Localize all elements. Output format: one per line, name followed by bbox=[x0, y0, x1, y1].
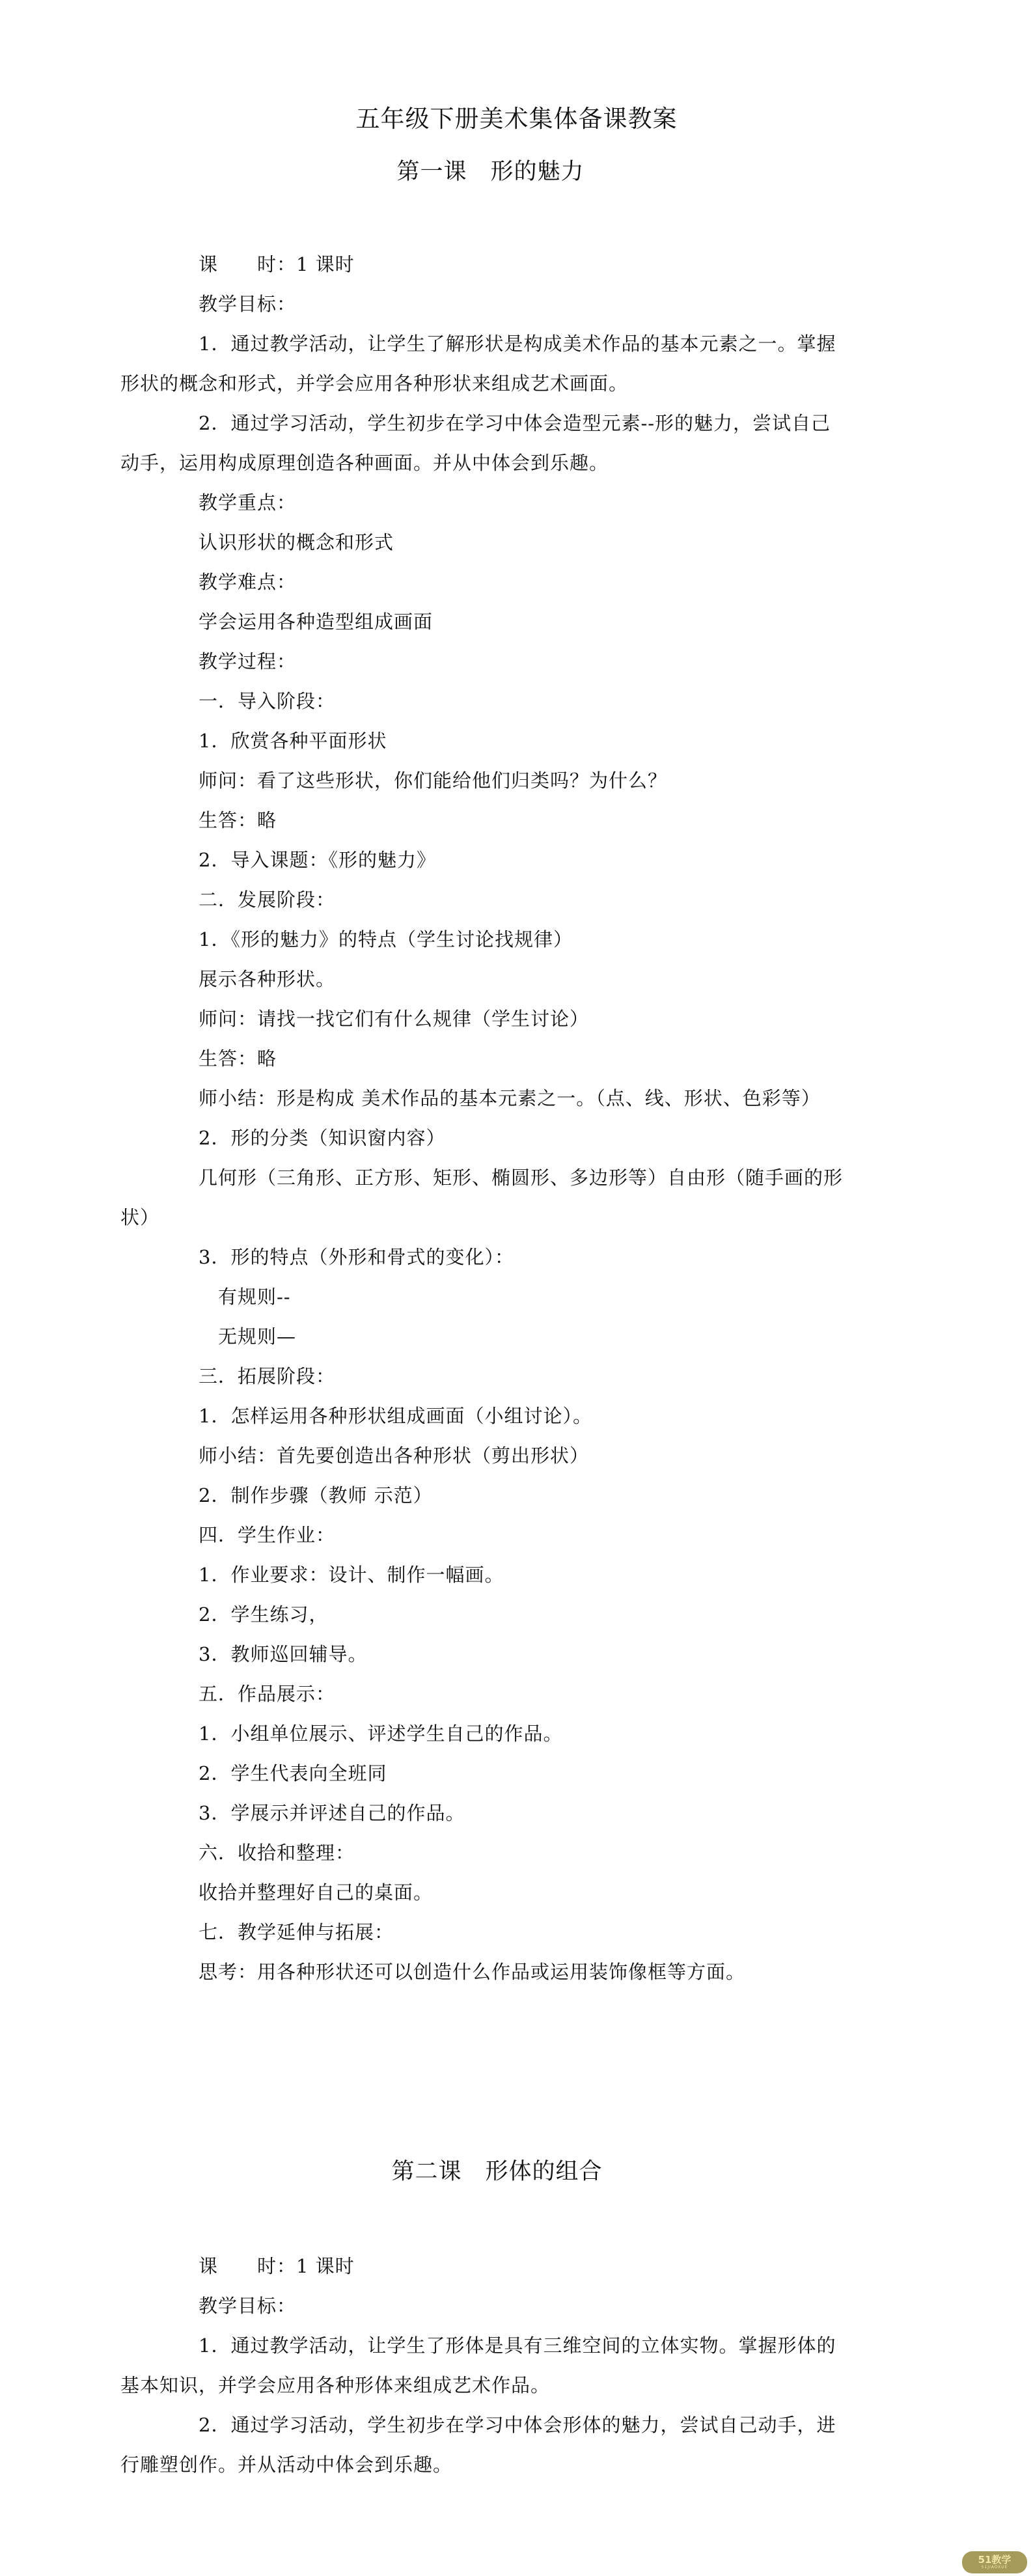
lesson1-line: 1．怎样运用各种形状组成画面（小组讨论）。 bbox=[199, 1404, 592, 1428]
lesson2-objective-1-cont: 基本知识，并学会应用各种形体来组成艺术作品。 bbox=[120, 2374, 550, 2397]
lesson1-class-hours: 课 时：1 课时 bbox=[199, 253, 355, 276]
lesson1-line: 2．学生练习， bbox=[199, 1603, 328, 1626]
lesson2-objective-2: 2．通过学习活动，学生初步在学习中体会形体的魅力，尝试自己动手，进 bbox=[199, 2413, 836, 2437]
lesson1-line: 1．欣赏各种平面形状 bbox=[199, 729, 387, 753]
lesson1-line: 1．《形的魅力》的特点（学生讨论找规律） bbox=[199, 928, 573, 951]
lesson1-line: 师小结：形是构成 美术作品的基本元素之一。（点、线、形状、色彩等） bbox=[199, 1087, 821, 1110]
lesson1-stage-6: 六．收拾和整理： bbox=[199, 1841, 355, 1864]
lesson1-line: 收拾并整理好自己的桌面。 bbox=[199, 1881, 433, 1904]
document-title: 五年级下册美术集体备课教案 bbox=[0, 99, 1033, 134]
lesson1-stage-7: 七．教学延伸与拓展： bbox=[199, 1920, 394, 1944]
lesson1-difficulties-label: 教学难点： bbox=[199, 570, 296, 594]
lesson1-objective-1-cont: 形状的概念和形式，并学会应用各种形状来组成艺术画面。 bbox=[120, 372, 628, 395]
lesson2-objective-2-cont: 行雕塑创作。并从活动中体会到乐趣。 bbox=[120, 2453, 452, 2476]
lesson1-heading: 第一课 形的魅力 bbox=[0, 154, 1007, 186]
watermark-sub-text: 51JIAOXUE bbox=[982, 2565, 1008, 2570]
lesson1-line: 无规则— bbox=[218, 1325, 296, 1348]
lesson2-class-hours: 课 时：1 课时 bbox=[199, 2254, 355, 2278]
lesson1-stage-5: 五．作品展示： bbox=[199, 1682, 335, 1706]
watermark-logo-text: 51教学 bbox=[978, 2555, 1012, 2565]
lesson1-line: 生答：略 bbox=[199, 809, 277, 832]
lesson1-line: 几何形（三角形、正方形、矩形、椭圆形、多边形等）自由形（随手画的形 bbox=[199, 1166, 843, 1189]
lesson1-line: 思考：用各种形状还可以创造什么作品或运用装饰像框等方面。 bbox=[199, 1960, 745, 1984]
lesson1-line: 1．小组单位展示、评述学生自己的作品。 bbox=[199, 1722, 562, 1745]
lesson1-line: 3．形的特点（外形和骨式的变化）： bbox=[199, 1245, 514, 1269]
lesson1-line: 师小结：首先要创造出各种形状（剪出形状） bbox=[199, 1444, 589, 1467]
lesson1-line: 1．作业要求：设计、制作一幅画。 bbox=[199, 1563, 504, 1586]
lesson1-line: 师问：看了这些形状，你们能给他们归类吗？为什么？ bbox=[199, 769, 667, 792]
lesson1-objective-1: 1．通过教学活动，让学生了解形状是构成美术作品的基本元素之一。掌握 bbox=[199, 332, 836, 355]
lesson1-stage-3: 三．拓展阶段： bbox=[199, 1364, 335, 1388]
lesson1-objective-2: 2．通过学习活动，学生初步在学习中体会造型元素--形的魅力，尝试自己 bbox=[199, 411, 831, 435]
lesson2-objective-1: 1．通过教学活动，让学生了形体是具有三维空间的立体实物。掌握形体的 bbox=[199, 2334, 836, 2357]
lesson1-line: 有规则-- bbox=[218, 1285, 291, 1309]
lesson1-objective-2-cont: 动手，运用构成原理创造各种画面。并从中体会到乐趣。 bbox=[120, 451, 609, 475]
lesson1-stage-4: 四．学生作业： bbox=[199, 1523, 335, 1547]
lesson1-line: 生答：略 bbox=[199, 1047, 277, 1070]
lesson1-stage-2: 二．发展阶段： bbox=[199, 888, 335, 911]
lesson1-line: 2．导入课题：《形的魅力》 bbox=[199, 848, 436, 872]
watermark-logo: 51教学 51JIAOXUE bbox=[962, 2551, 1027, 2573]
lesson1-line: 师问：请找一找它们有什么规律（学生讨论） bbox=[199, 1007, 589, 1031]
lesson1-line: 2．形的分类（知识窗内容） bbox=[199, 1126, 445, 1150]
lesson1-process-label: 教学过程： bbox=[199, 650, 296, 673]
lesson1-difficulties: 学会运用各种造型组成画面 bbox=[199, 610, 433, 633]
lesson1-line: 2．学生代表向全班同 bbox=[199, 1762, 387, 1785]
lesson1-objectives-label: 教学目标： bbox=[199, 292, 296, 316]
lesson1-stage-1: 一．导入阶段： bbox=[199, 689, 335, 713]
document-page: 五年级下册美术集体备课教案 第一课 形的魅力 课 时：1 课时 教学目标： 1．… bbox=[0, 0, 1033, 2576]
lesson2-heading: 第二课 形体的组合 bbox=[0, 2154, 1013, 2186]
lesson1-line-cont: 状） bbox=[120, 1206, 159, 1229]
lesson1-line: 3．教师巡回辅导。 bbox=[199, 1642, 367, 1666]
lesson1-line: 展示各种形状。 bbox=[199, 967, 335, 991]
lesson1-key-points: 认识形状的概念和形式 bbox=[199, 531, 394, 554]
lesson1-line: 2．制作步骤（教师 示范） bbox=[199, 1484, 433, 1507]
lesson1-line: 3．学展示并评述自己的作品。 bbox=[199, 1801, 465, 1825]
lesson1-key-points-label: 教学重点： bbox=[199, 491, 296, 514]
lesson2-objectives-label: 教学目标： bbox=[199, 2294, 296, 2318]
